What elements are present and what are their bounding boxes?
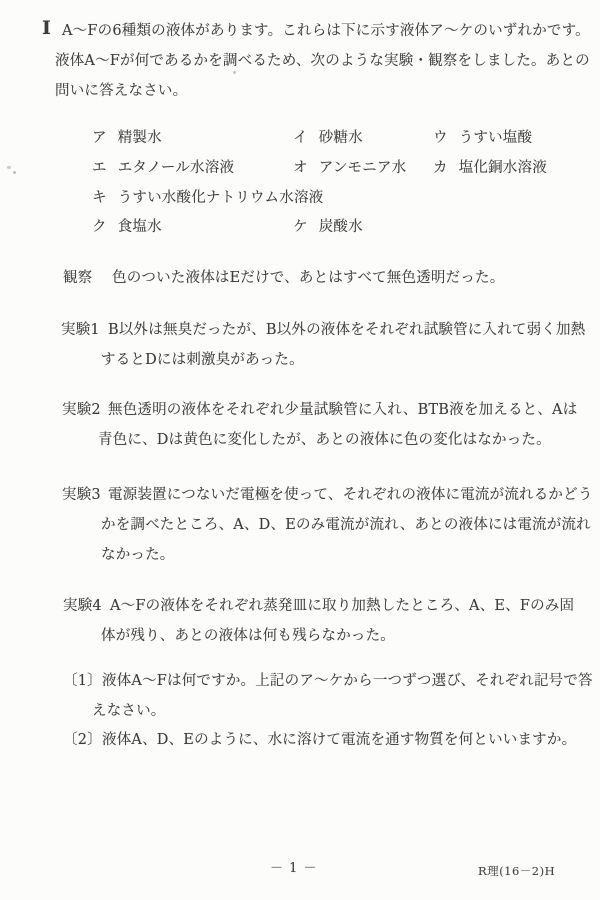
exam-page: Ⅰ A～Fの6種類の液体があります。これらは下に示す液体ア～ケのいずれかです。 … <box>0 0 600 900</box>
choice-item: オ アンモニア水 <box>293 160 406 177</box>
experiment-1-label: 実験1 <box>61 322 100 339</box>
choice-label: アンモニア水 <box>319 160 407 177</box>
choice-key: ク <box>92 219 107 236</box>
experiment-3-line-2: かを調べたところ、A、D、Eのみ電流が流れ、あとの液体には電流が流れ <box>101 517 591 534</box>
choice-item: エ エタノール水溶液 <box>92 160 234 177</box>
scan-artifact <box>13 171 16 174</box>
choice-key: キ <box>92 190 107 207</box>
document-code: R理(16－2)H <box>478 865 555 878</box>
experiment-1-line-2: するとDには刺激臭があった。 <box>101 352 304 369</box>
choice-label: うすい塩酸 <box>459 130 533 147</box>
question-2-label: 〔2〕 <box>63 732 102 749</box>
intro-text-line-2: 液体A～Fが何であるかを調べるため、次のような実験・観察をしました。あとの <box>55 53 590 70</box>
section-number: Ⅰ <box>42 18 51 40</box>
choice-item: カ 塩化銅水溶液 <box>433 160 547 177</box>
choice-item: ク 食塩水 <box>92 219 162 236</box>
experiment-4-line-1: A～Fの液体をそれぞれ蒸発皿に取り加熱したところ、A、E、Fのみ固 <box>110 598 574 615</box>
page-number: － 1 － <box>270 862 318 877</box>
observation-text: 色のついた液体はEだけで、あとはすべて無色透明だった。 <box>112 270 504 287</box>
choice-label: 砂糖水 <box>319 130 363 147</box>
choice-item: ウ うすい塩酸 <box>433 130 532 147</box>
choice-item: ケ 炭酸水 <box>293 219 363 236</box>
choice-key: エ <box>92 160 107 177</box>
experiment-2-label: 実験2 <box>62 402 101 419</box>
choice-item: ア 精製水 <box>92 130 162 147</box>
question-2-line-1: 液体A、D、Eのように、水に溶けて電流を通す物質を何といいますか。 <box>102 732 576 749</box>
experiment-3-label: 実験3 <box>62 487 101 504</box>
choice-key: ウ <box>433 130 448 147</box>
observation-label: 観察 <box>63 270 92 287</box>
choice-key: イ <box>293 130 308 147</box>
intro-text-line-3: 問いに答えなさい。 <box>55 83 187 100</box>
experiment-3-line-1: 電源装置につないだ電極を使って、それぞれの液体に電流が流れるかどう <box>108 487 593 504</box>
question-1-line-2: えなさい。 <box>92 703 166 720</box>
experiment-3-line-3: なかった。 <box>101 547 175 564</box>
choice-label: 精製水 <box>118 130 162 147</box>
scan-artifact <box>7 166 11 169</box>
experiment-4-label: 実験4 <box>63 598 102 615</box>
experiment-2-line-2: 青色に、Dは黄色に変化したが、あとの液体に色の変化はなかった。 <box>98 432 551 449</box>
choice-key: カ <box>433 160 448 177</box>
question-1-line-1: 液体A～Fは何ですか。上記のア～ケから一つずつ選び、それぞれ記号で答 <box>102 673 593 690</box>
choice-key: ケ <box>293 219 308 236</box>
choice-label: 塩化銅水溶液 <box>459 160 547 177</box>
choice-key: オ <box>293 160 308 177</box>
experiment-2-line-1: 無色透明の液体をそれぞれ少量試験管に入れ、BTB液を加えると、Aは <box>108 402 577 419</box>
scan-artifact <box>233 71 236 74</box>
choice-label: うすい水酸化ナトリウム水溶液 <box>118 190 324 207</box>
intro-text-line-1: A～Fの6種類の液体があります。これらは下に示す液体ア～ケのいずれかです。 <box>62 23 590 40</box>
choice-key: ア <box>92 130 107 147</box>
choice-item: イ 砂糖水 <box>293 130 363 147</box>
experiment-1-line-1: B以外は無臭だったが、B以外の液体をそれぞれ試験管に入れて弱く加熱 <box>108 322 585 339</box>
question-1-label: 〔1〕 <box>63 673 102 690</box>
choice-label: エタノール水溶液 <box>118 160 234 177</box>
choice-item: キ うすい水酸化ナトリウム水溶液 <box>92 190 323 207</box>
choice-label: 食塩水 <box>118 219 162 236</box>
experiment-4-line-2: 体が残り、あとの液体は何も残らなかった。 <box>101 628 395 645</box>
choice-label: 炭酸水 <box>319 219 363 236</box>
